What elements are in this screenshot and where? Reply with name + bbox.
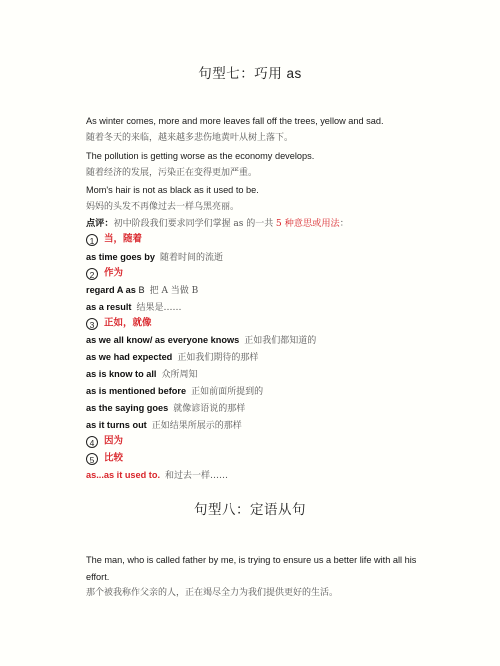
circled-number-5: 5 <box>86 453 98 465</box>
usage-2-item-2: as a result结果是…… <box>86 300 181 315</box>
comment-label: 点评： <box>86 218 114 229</box>
usage-3-item-2: as we had expected正如我们期待的那样 <box>86 350 258 365</box>
usage-3-heading: 3正如，就像 <box>86 316 152 331</box>
meaning: 正如结果所展示的那样 <box>152 421 242 431</box>
usage-3-title: 正如，就像 <box>104 318 152 329</box>
meaning: 随着时间的流逝 <box>160 253 223 263</box>
usage-3-item-6: as it turns out正如结果所展示的那样 <box>86 418 242 433</box>
circled-number-1: 1 <box>86 234 98 246</box>
section-8-title: 句型八：定语从句 <box>0 498 500 518</box>
section-8-english-line-1: The man, who is called father by me, is … <box>86 553 416 567</box>
comment-line: 点评：初中阶段我们要求同学们掌握 as 的一共 5 种意思或用法： <box>86 216 349 231</box>
example-2-english: The pollution is getting worse as the ec… <box>86 149 314 163</box>
phrase: regard A as <box>86 285 136 295</box>
usage-3-item-3: as is know to all众所周知 <box>86 367 197 382</box>
phrase: as we all know/ as everyone knows <box>86 335 239 345</box>
phrase: as is know to all <box>86 369 156 379</box>
usage-3-item-5: as the saying goes就像谚语说的那样 <box>86 401 245 416</box>
usage-4-heading: 4因为 <box>86 434 123 449</box>
circled-number-2: 2 <box>86 268 98 280</box>
section-8-english-line-2: effort. <box>86 570 109 584</box>
document-page: 句型七：巧用 as As winter comes, more and more… <box>0 0 500 666</box>
meaning: 和过去一样…… <box>165 471 228 481</box>
meaning: 把 A 当做 B <box>150 286 199 296</box>
meaning: 就像谚语说的那样 <box>173 404 245 414</box>
phrase: as a result <box>86 302 131 312</box>
comment-colon: ： <box>340 219 349 229</box>
usage-1-heading: 1当，随着 <box>86 232 142 247</box>
usage-1-item-1: as time goes by随着时间的流逝 <box>86 250 223 265</box>
usage-1-title: 当，随着 <box>104 234 142 245</box>
example-3-english: Mom's hair is not as black as it used to… <box>86 183 259 197</box>
comment-text: 初中阶段我们要求同学们掌握 as 的一共 <box>114 219 274 229</box>
section-7-title: 句型七：巧用 as <box>0 62 500 82</box>
usage-3-item-1: as we all know/ as everyone knows正如我们都知道… <box>86 333 316 348</box>
usage-5-title: 比较 <box>104 453 123 464</box>
example-1-chinese: 随着冬天的来临，越来越多悲伤地黄叶从树上落下。 <box>86 131 293 145</box>
circled-number-3: 3 <box>86 318 98 330</box>
example-1-english: As winter comes, more and more leaves fa… <box>86 114 384 128</box>
meaning: 正如前面所提到的 <box>191 387 263 397</box>
phrase: as it turns out <box>86 420 147 430</box>
phrase: as the saying goes <box>86 403 168 413</box>
usage-2-title: 作为 <box>104 268 123 279</box>
phrase-tail: B <box>138 285 144 295</box>
phrase: as is mentioned before <box>86 386 186 396</box>
meaning: 结果是…… <box>136 303 181 313</box>
phrase: as we had expected <box>86 352 172 362</box>
circled-number-4: 4 <box>86 436 98 448</box>
usage-4-title: 因为 <box>104 436 123 447</box>
example-2-chinese: 随着经济的发展，污染正在变得更加严重。 <box>86 166 257 180</box>
meaning: 正如我们都知道的 <box>244 336 316 346</box>
phrase: as...as it used to. <box>86 470 160 480</box>
usage-2-heading: 2作为 <box>86 266 123 281</box>
comment-highlight: 5 种意思或用法 <box>276 218 340 229</box>
section-8-chinese: 那个被我称作父亲的人，正在竭尽全力为我们提供更好的生活。 <box>86 586 338 600</box>
phrase: as time goes by <box>86 252 155 262</box>
usage-5-heading: 5比较 <box>86 451 123 466</box>
usage-2-item-1: regard A as B把 A 当做 B <box>86 283 198 298</box>
meaning: 众所周知 <box>161 370 197 380</box>
usage-5-item-1: as...as it used to.和过去一样…… <box>86 468 228 483</box>
usage-3-item-4: as is mentioned before正如前面所提到的 <box>86 384 263 399</box>
example-3-chinese: 妈妈的头发不再像过去一样乌黑亮丽。 <box>86 200 239 214</box>
meaning: 正如我们期待的那样 <box>177 353 258 363</box>
